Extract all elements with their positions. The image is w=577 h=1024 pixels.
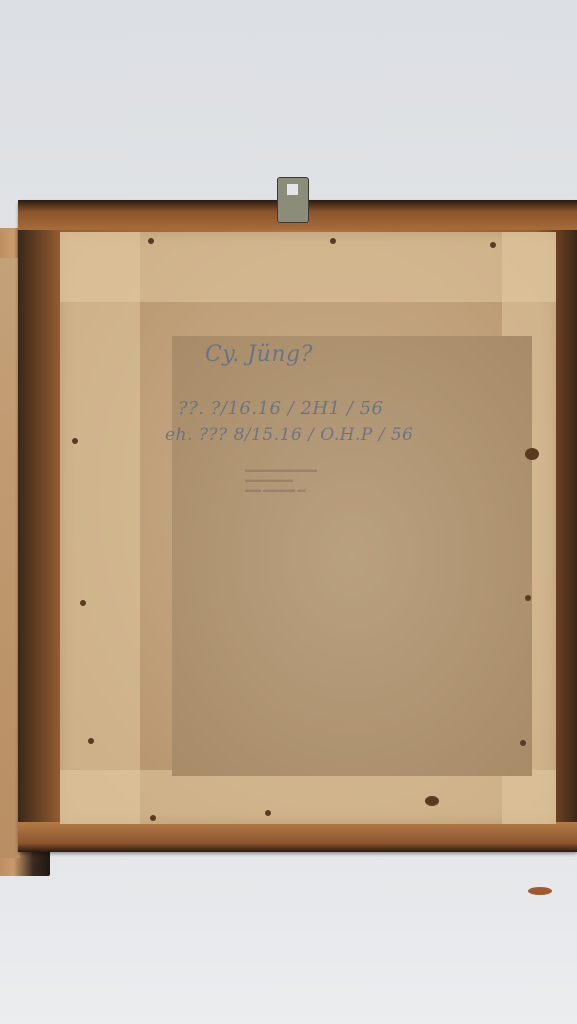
nail-icon — [520, 740, 526, 746]
nail-icon — [425, 796, 439, 806]
tape-strip-left — [60, 232, 140, 824]
nail-icon — [265, 810, 271, 816]
handwriting-line-3: eh. ??? 8/15.16 / O.H.P / 56 — [165, 425, 414, 445]
nail-icon — [525, 448, 539, 460]
frame-bottom-rail — [18, 822, 577, 852]
nail-icon — [490, 242, 496, 248]
handwriting-line-1: Cy. Jüng? — [205, 342, 313, 367]
faded-stamp: ▬▬▬▬▬▬▬▬▬▬▬▬▬▬▬▬▬ ▬▬▬▬ ▬ — [245, 465, 317, 495]
nail-icon — [525, 595, 531, 601]
nail-icon — [80, 600, 86, 606]
nail-icon — [330, 238, 336, 244]
left-frame-backing — [0, 258, 20, 858]
nail-icon — [88, 738, 94, 744]
nail-icon — [72, 438, 78, 444]
hook-hole — [287, 184, 298, 195]
paper-backing — [60, 232, 556, 824]
nail-icon — [150, 815, 156, 821]
handwriting-line-2: ??. ?/16.16 / 2H1 / 56 — [178, 398, 384, 419]
hanging-hook-icon — [277, 177, 309, 223]
small-debris — [528, 887, 552, 895]
wooden-picture-frame — [18, 200, 577, 852]
nail-icon — [148, 238, 154, 244]
